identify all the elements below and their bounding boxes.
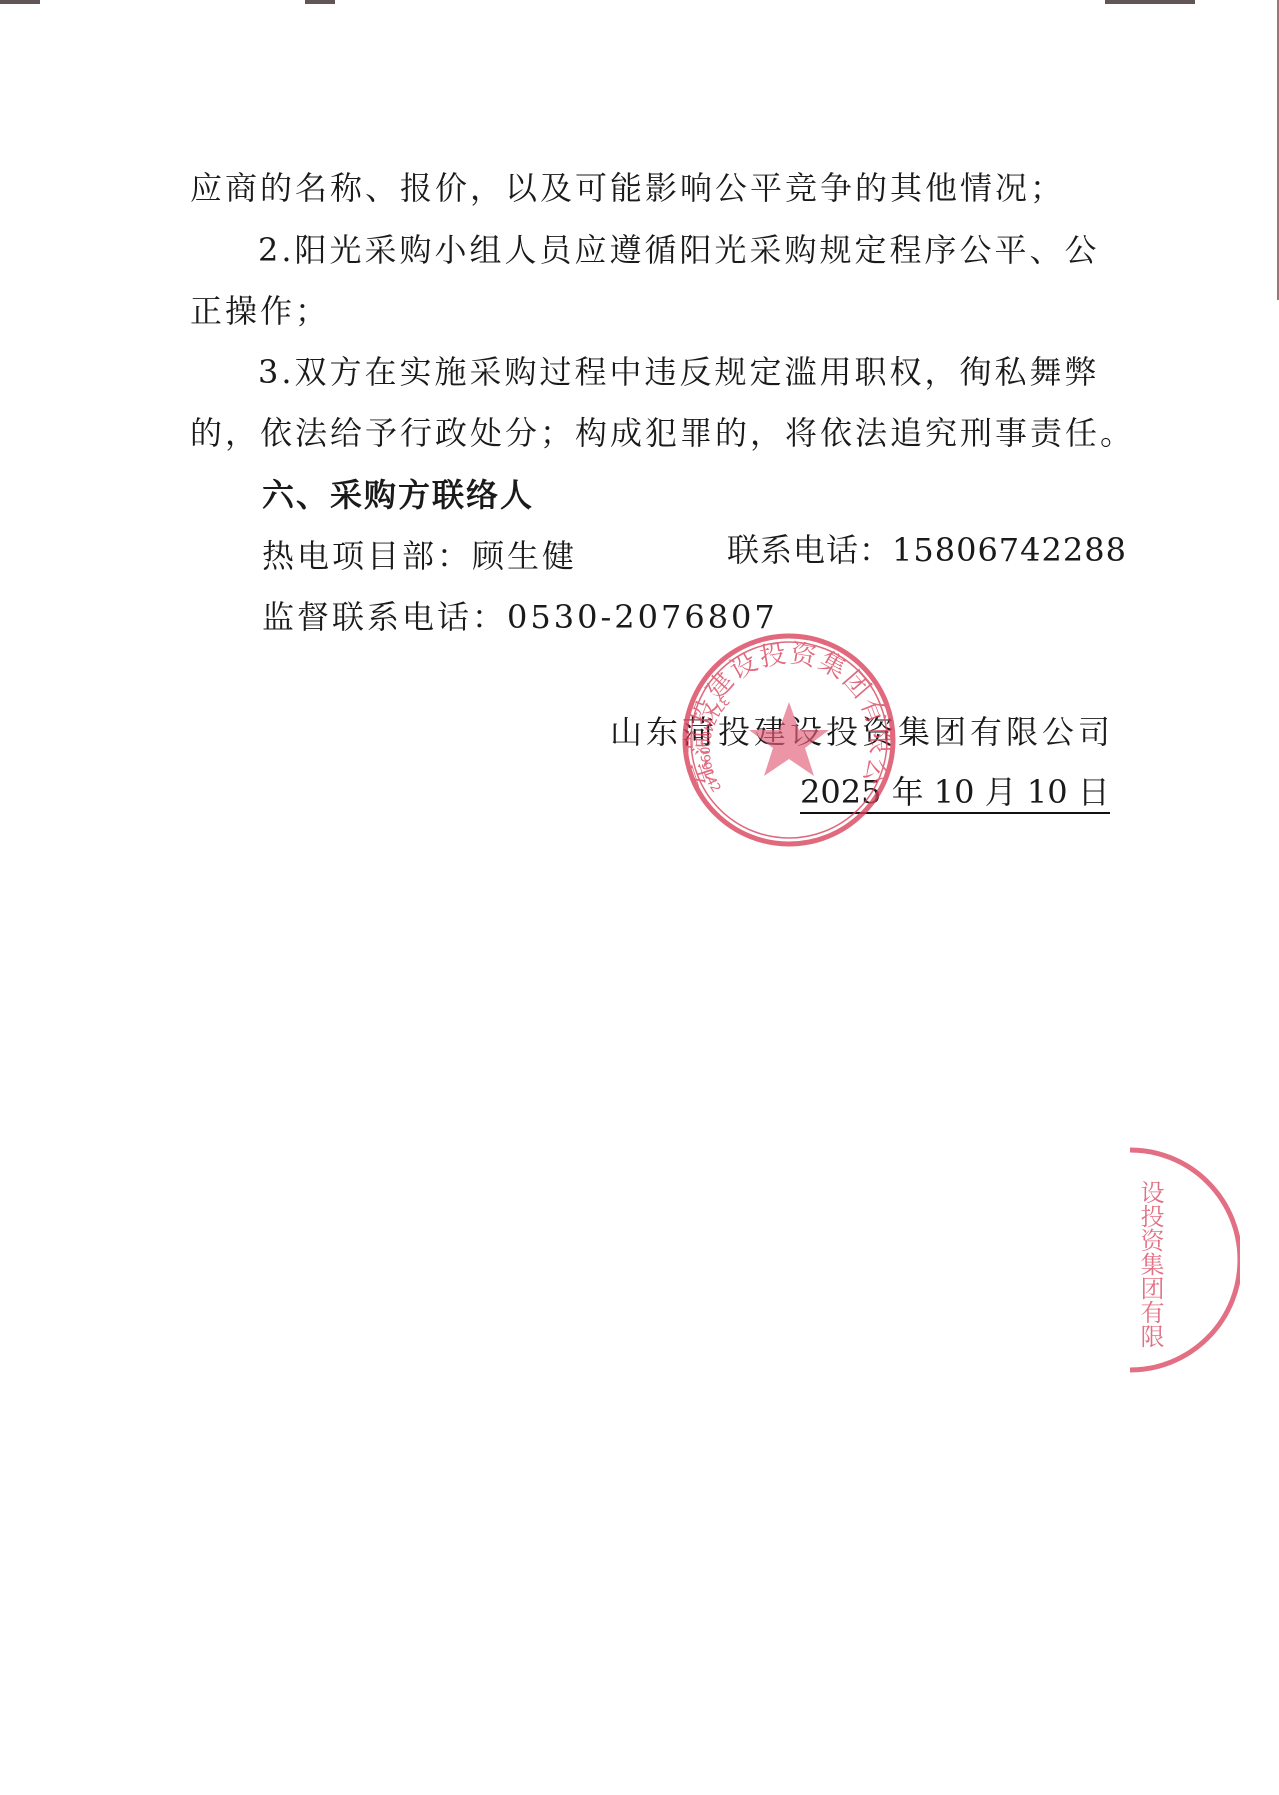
partial-seal: 设投资集团有限: [1120, 1140, 1240, 1380]
svg-text:设投资集团有限: 设投资集团有限: [1136, 1180, 1164, 1348]
paragraph-line: 应商的名称、报价，以及可能影响公平竞争的其他情况；: [190, 168, 1065, 208]
contact-phone: 联系电话：15806742288: [727, 530, 1127, 570]
svg-text:山东菏投建设投资集团有限公司: 山东菏投建设投资集团有限公司: [669, 620, 894, 790]
signature-date: 2025 年 10 月 10 日: [800, 772, 1110, 814]
signature-company: 山东菏投建设投资集团有限公司: [610, 712, 1114, 752]
scan-edge-top-mid: [305, 0, 335, 4]
paragraph-line: 2.阳光采购小组人员应遵循阳光采购规定程序公平、公: [258, 230, 1100, 270]
section-heading: 六、采购方联络人: [262, 475, 534, 515]
paragraph-line: 正操作；: [190, 291, 330, 331]
project-dept-contact: 热电项目部：顾生健: [262, 536, 577, 576]
supervision-phone: 监督联系电话：0530-2076807: [262, 597, 778, 637]
scan-edge-top-left: [0, 0, 40, 4]
scan-edge-top-right: [1105, 0, 1195, 4]
paragraph-line: 的，依法给予行政处分；构成犯罪的，将依法追究刑事责任。: [190, 413, 1135, 453]
paragraph-line: 3.双方在实施采购过程中违反规定滥用职权，徇私舞弊: [258, 352, 1100, 392]
